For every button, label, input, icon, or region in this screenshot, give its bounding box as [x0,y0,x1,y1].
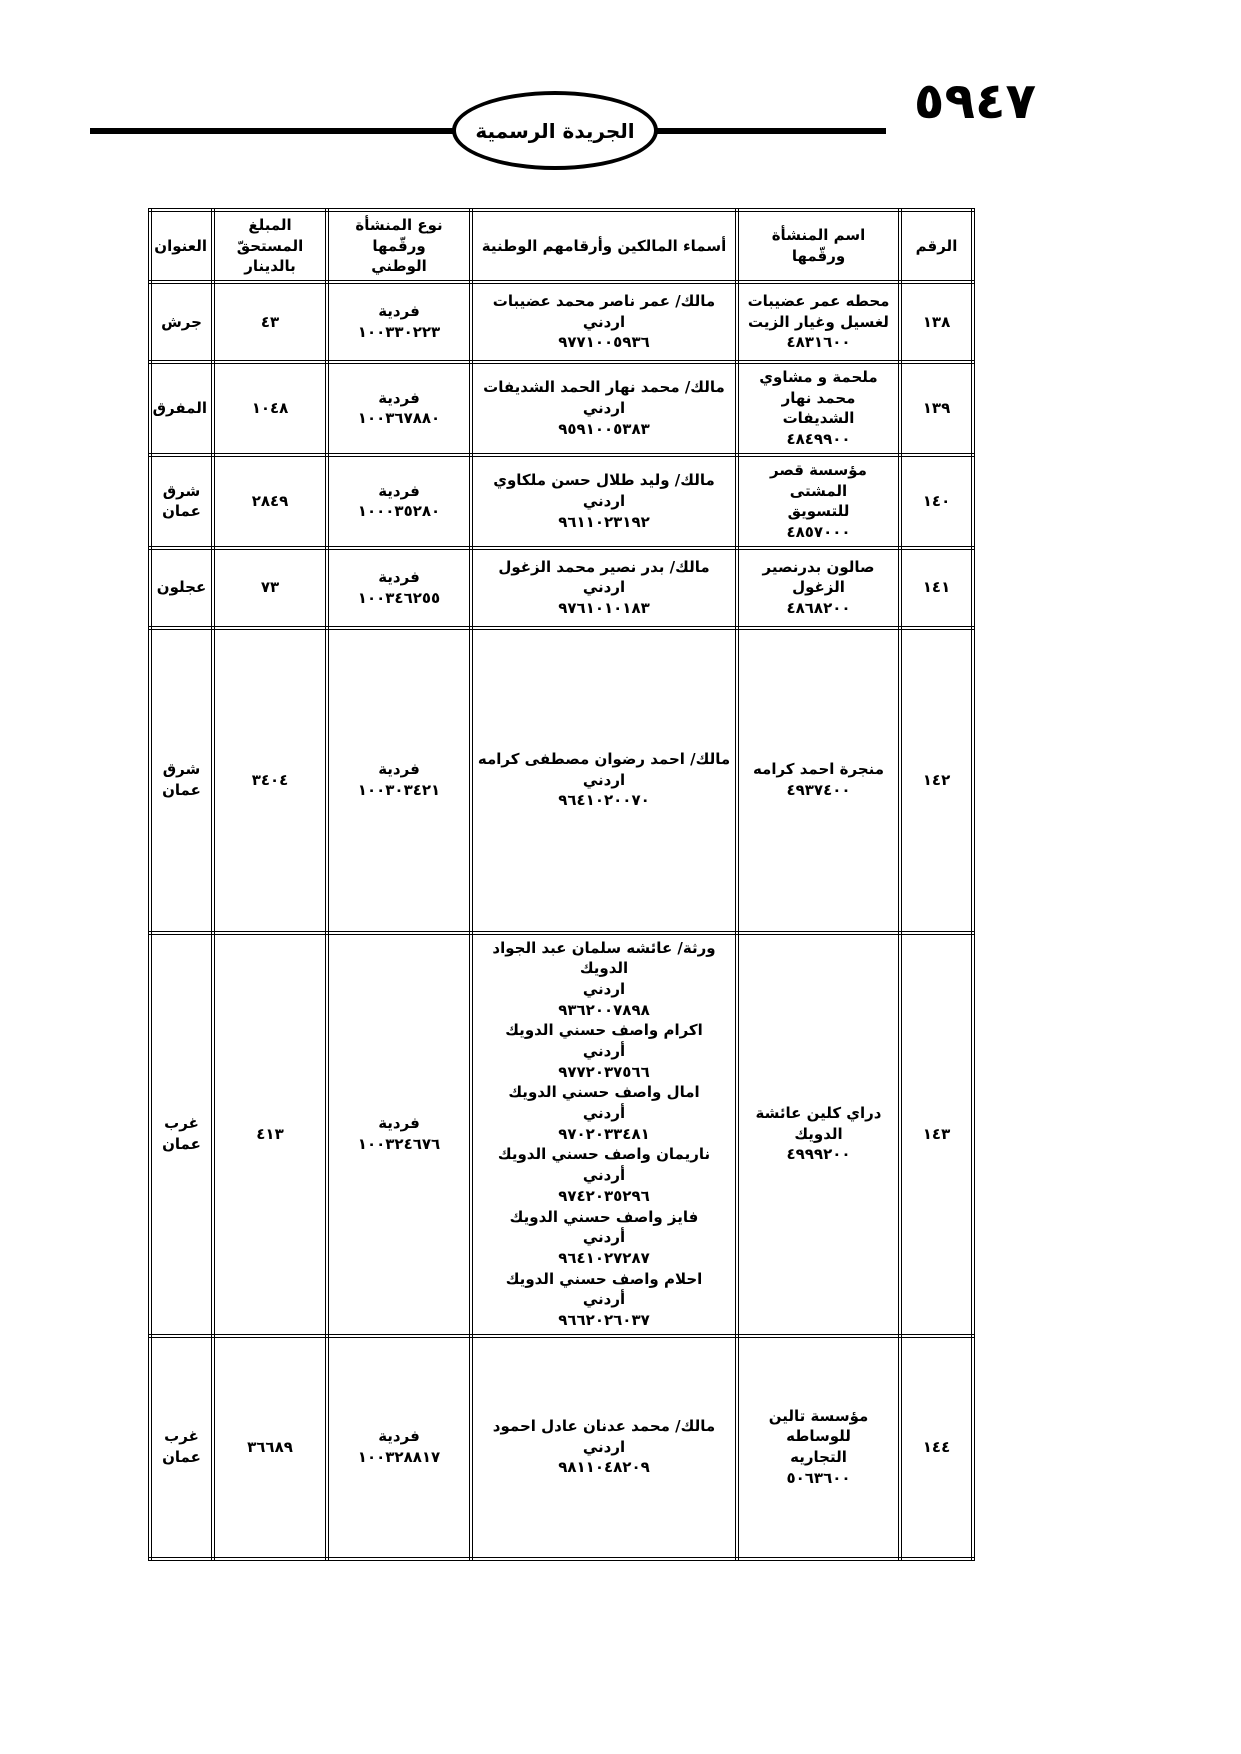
cell-address: عجلون [150,548,213,628]
cell-amount: ١٠٤٨ [213,362,327,455]
cell-address: جرش [150,282,213,362]
cell-index: ١٣٨ [900,282,973,362]
cell-owners: مالك/ وليد طلال حسن ملكاوي اردني ٩٦١١٠٢٣… [471,455,737,548]
table-row: ١٤٠ مؤسسة قصر المشتى للتسويق ٤٨٥٧٠٠٠ مال… [150,455,973,548]
cell-establishment: ملحمة و مشاوي محمد نهار الشديفات ٤٨٤٩٩٠٠ [737,362,900,455]
cell-establishment: مؤسسة تالين للوساطه التجاريه ٥٠٦٣٦٠٠ [737,1336,900,1559]
col-header-amount: المبلغ المستحقّ بالدينار [213,210,327,282]
cell-type: فردية ١٠٠٠٣٥٢٨٠ [327,455,471,548]
col-header-type: نوع المنشأة ورقّمها الوطني [327,210,471,282]
table-header-row: الرقم اسم المنشأة ورقّمها أسماء المالكين… [150,210,973,282]
cell-establishment: مؤسسة قصر المشتى للتسويق ٤٨٥٧٠٠٠ [737,455,900,548]
col-header-index: الرقم [900,210,973,282]
gazette-title-oval: الجريدة الرسمية [452,91,658,170]
table-row: ١٤١ صالون بدرنصير الزغول ٤٨٦٨٢٠٠ مالك/ ب… [150,548,973,628]
cell-index: ١٤٠ [900,455,973,548]
cell-amount: ٤٣ [213,282,327,362]
cell-amount: ٢٨٤٩ [213,455,327,548]
cell-owners: مالك/ محمد نهار الحمد الشديفات اردني ٩٥٩… [471,362,737,455]
cell-type: فردية ١٠٠٣٠٣٤٢١ [327,628,471,933]
table-row: ١٤٣ دراي كلين عائشة الدويك ٤٩٩٩٢٠٠ ورثة/… [150,933,973,1336]
gazette-title: الجريدة الرسمية [475,119,634,143]
page-number: ٥٩٤٧ [914,72,1036,130]
cell-amount: ٧٣ [213,548,327,628]
cell-index: ١٣٩ [900,362,973,455]
records-table: الرقم اسم المنشأة ورقّمها أسماء المالكين… [148,208,975,1561]
cell-amount: ٣٦٦٨٩ [213,1336,327,1559]
cell-address: شرق عمان [150,628,213,933]
col-header-establishment: اسم المنشأة ورقّمها [737,210,900,282]
cell-establishment: صالون بدرنصير الزغول ٤٨٦٨٢٠٠ [737,548,900,628]
cell-index: ١٤٤ [900,1336,973,1559]
cell-type: فردية ١٠٠٣٦٧٨٨٠ [327,362,471,455]
cell-address: المفرق [150,362,213,455]
col-header-address: العنوان [150,210,213,282]
cell-establishment: منجرة احمد كرامه ٤٩٣٧٤٠٠ [737,628,900,933]
cell-owners: مالك/ عمر ناصر محمد عضيبات اردني ٩٧٧١٠٠٥… [471,282,737,362]
cell-owners: مالك/ احمد رضوان مصطفى كرامه اردني ٩٦٤١٠… [471,628,737,933]
cell-owners: مالك/ محمد عدنان عادل احمود اردني ٩٨١١٠٤… [471,1336,737,1559]
gazette-page: ٥٩٤٧ الجريدة الرسمية الرقم اسم المنشأة و… [0,0,1241,1754]
table-row: ١٣٩ ملحمة و مشاوي محمد نهار الشديفات ٤٨٤… [150,362,973,455]
cell-establishment: دراي كلين عائشة الدويك ٤٩٩٩٢٠٠ [737,933,900,1336]
cell-type: فردية ١٠٠٣٢٤٦٧٦ [327,933,471,1336]
cell-establishment: محطه عمر عضيبات لغسيل وغيار الزيت ٤٨٣١٦٠… [737,282,900,362]
cell-index: ١٤٣ [900,933,973,1336]
table-row: ١٤٢ منجرة احمد كرامه ٤٩٣٧٤٠٠ مالك/ احمد … [150,628,973,933]
cell-index: ١٤١ [900,548,973,628]
cell-address: شرق عمان [150,455,213,548]
cell-owners: ورثة/ عائشه سلمان عبد الجواد الدويك اردن… [471,933,737,1336]
cell-address: غرب عمان [150,1336,213,1559]
cell-owners: مالك/ بدر نصير محمد الزغول اردني ٩٧٦١٠١٠… [471,548,737,628]
cell-amount: ٣٤٠٤ [213,628,327,933]
cell-address: غرب عمان [150,933,213,1336]
table-row: ١٤٤ مؤسسة تالين للوساطه التجاريه ٥٠٦٣٦٠٠… [150,1336,973,1559]
cell-amount: ٤١٣ [213,933,327,1336]
cell-type: فردية ١٠٠٣٤٦٢٥٥ [327,548,471,628]
cell-index: ١٤٢ [900,628,973,933]
table-row: ١٣٨ محطه عمر عضيبات لغسيل وغيار الزيت ٤٨… [150,282,973,362]
cell-type: فردية ١٠٠٣٣٠٢٢٣ [327,282,471,362]
col-header-owners: أسماء المالكين وأرقامهم الوطنية [471,210,737,282]
cell-type: فردية ١٠٠٣٢٨٨١٧ [327,1336,471,1559]
